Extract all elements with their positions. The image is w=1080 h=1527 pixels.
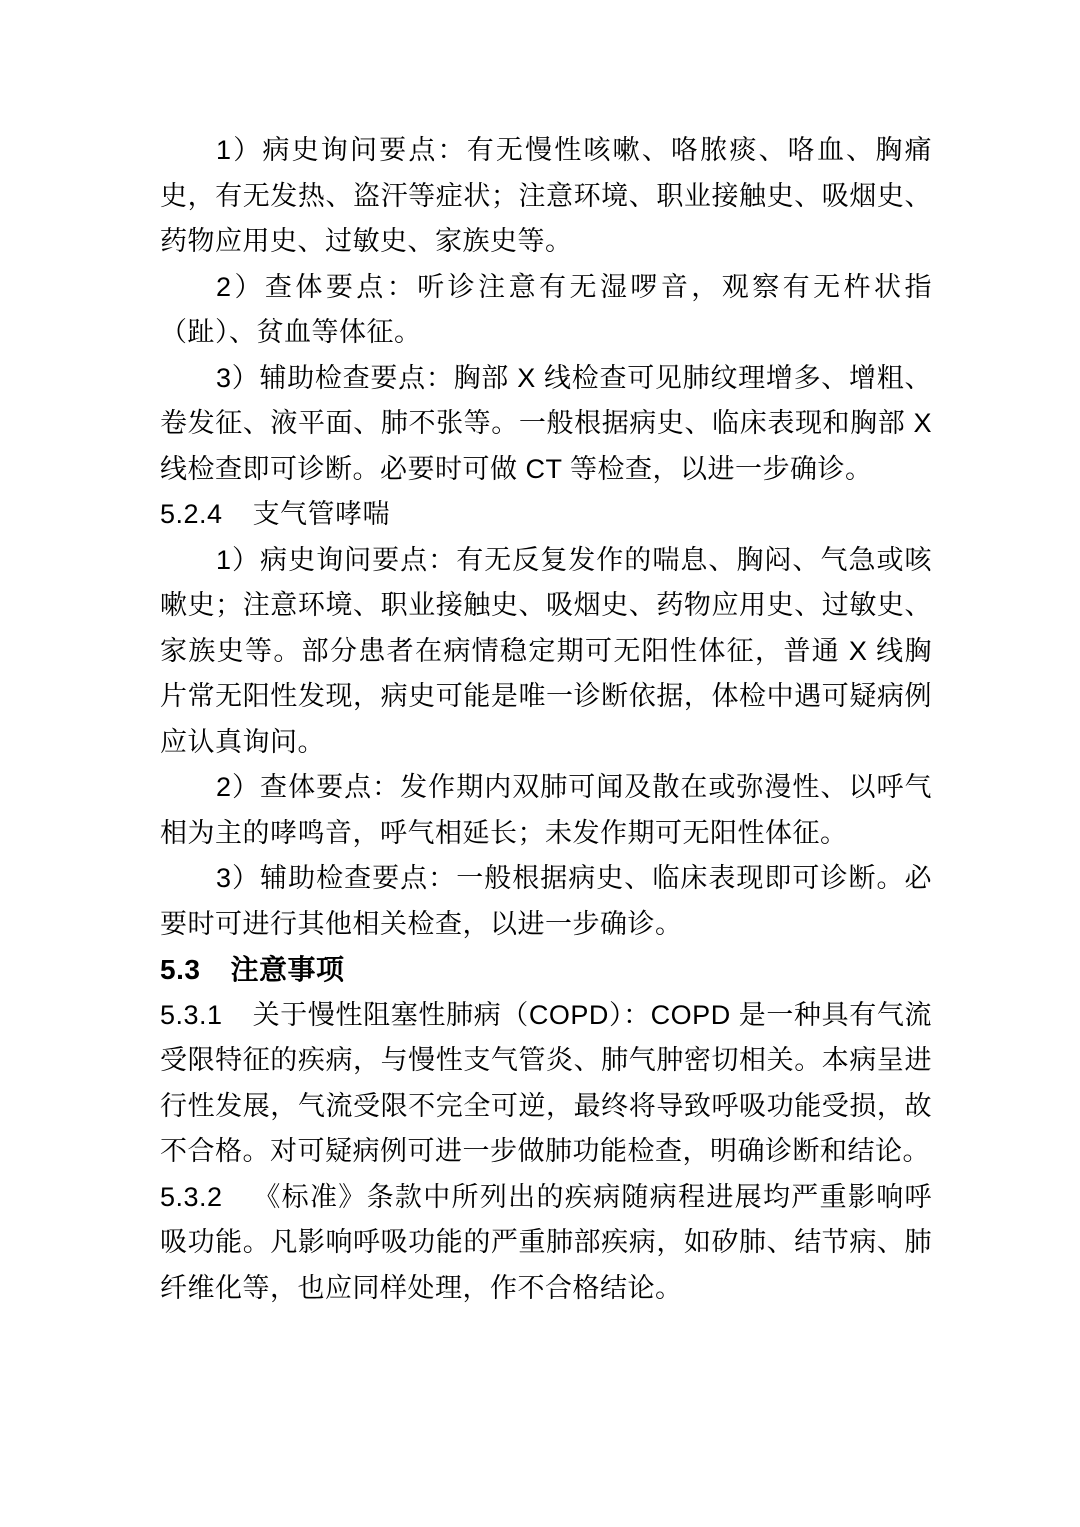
body-paragraph: 2）查体要点：发作期内双肺可闻及散在或弥漫性、以呼气相为主的哮鸣音，呼气相延长；… bbox=[160, 765, 932, 856]
heading-number: 5.3 bbox=[160, 947, 200, 993]
body-paragraph: 1）病史询问要点：有无慢性咳嗽、咯脓痰、咯血、胸痛史，有无发热、盗汗等症状；注意… bbox=[160, 128, 932, 265]
heading-number: 5.2.4 bbox=[160, 492, 223, 538]
heading-title: 注意事项 bbox=[230, 954, 344, 985]
heading-title: 支气管哮喘 bbox=[253, 499, 391, 529]
section-heading: 5.2.4支气管哮喘 bbox=[160, 492, 932, 538]
numbered-paragraph: 5.3.1关于慢性阻塞性肺病（COPD）：COPD 是一种具有气流受限特征的疾病… bbox=[160, 993, 932, 1175]
numbered-paragraph: 5.3.2《标准》条款中所列出的疾病随病程进展均严重影响呼吸功能。凡影响呼吸功能… bbox=[160, 1175, 932, 1312]
section-heading: 5.3注意事项 bbox=[160, 947, 932, 993]
body-paragraph: 2）查体要点：听诊注意有无湿啰音，观察有无杵状指（趾）、贫血等体征。 bbox=[160, 265, 932, 356]
paragraph-number: 5.3.1 bbox=[160, 993, 223, 1039]
paragraph-text: 关于慢性阻塞性肺病（COPD）：COPD 是一种具有气流受限特征的疾病，与慢性支… bbox=[160, 1000, 932, 1167]
paragraph-number: 5.3.2 bbox=[160, 1175, 223, 1221]
document-page: 1）病史询问要点：有无慢性咳嗽、咯脓痰、咯血、胸痛史，有无发热、盗汗等症状；注意… bbox=[0, 0, 1080, 1527]
paragraph-text: 《标准》条款中所列出的疾病随病程进展均严重影响呼吸功能。凡影响呼吸功能的严重肺部… bbox=[160, 1182, 932, 1303]
document-body: 1）病史询问要点：有无慢性咳嗽、咯脓痰、咯血、胸痛史，有无发热、盗汗等症状；注意… bbox=[160, 128, 932, 1311]
body-paragraph: 3）辅助检查要点：胸部 X 线检查可见肺纹理增多、增粗、卷发征、液平面、肺不张等… bbox=[160, 356, 932, 493]
body-paragraph: 1）病史询问要点：有无反复发作的喘息、胸闷、气急或咳嗽史；注意环境、职业接触史、… bbox=[160, 538, 932, 766]
body-paragraph: 3）辅助检查要点：一般根据病史、临床表现即可诊断。必要时可进行其他相关检查，以进… bbox=[160, 856, 932, 947]
